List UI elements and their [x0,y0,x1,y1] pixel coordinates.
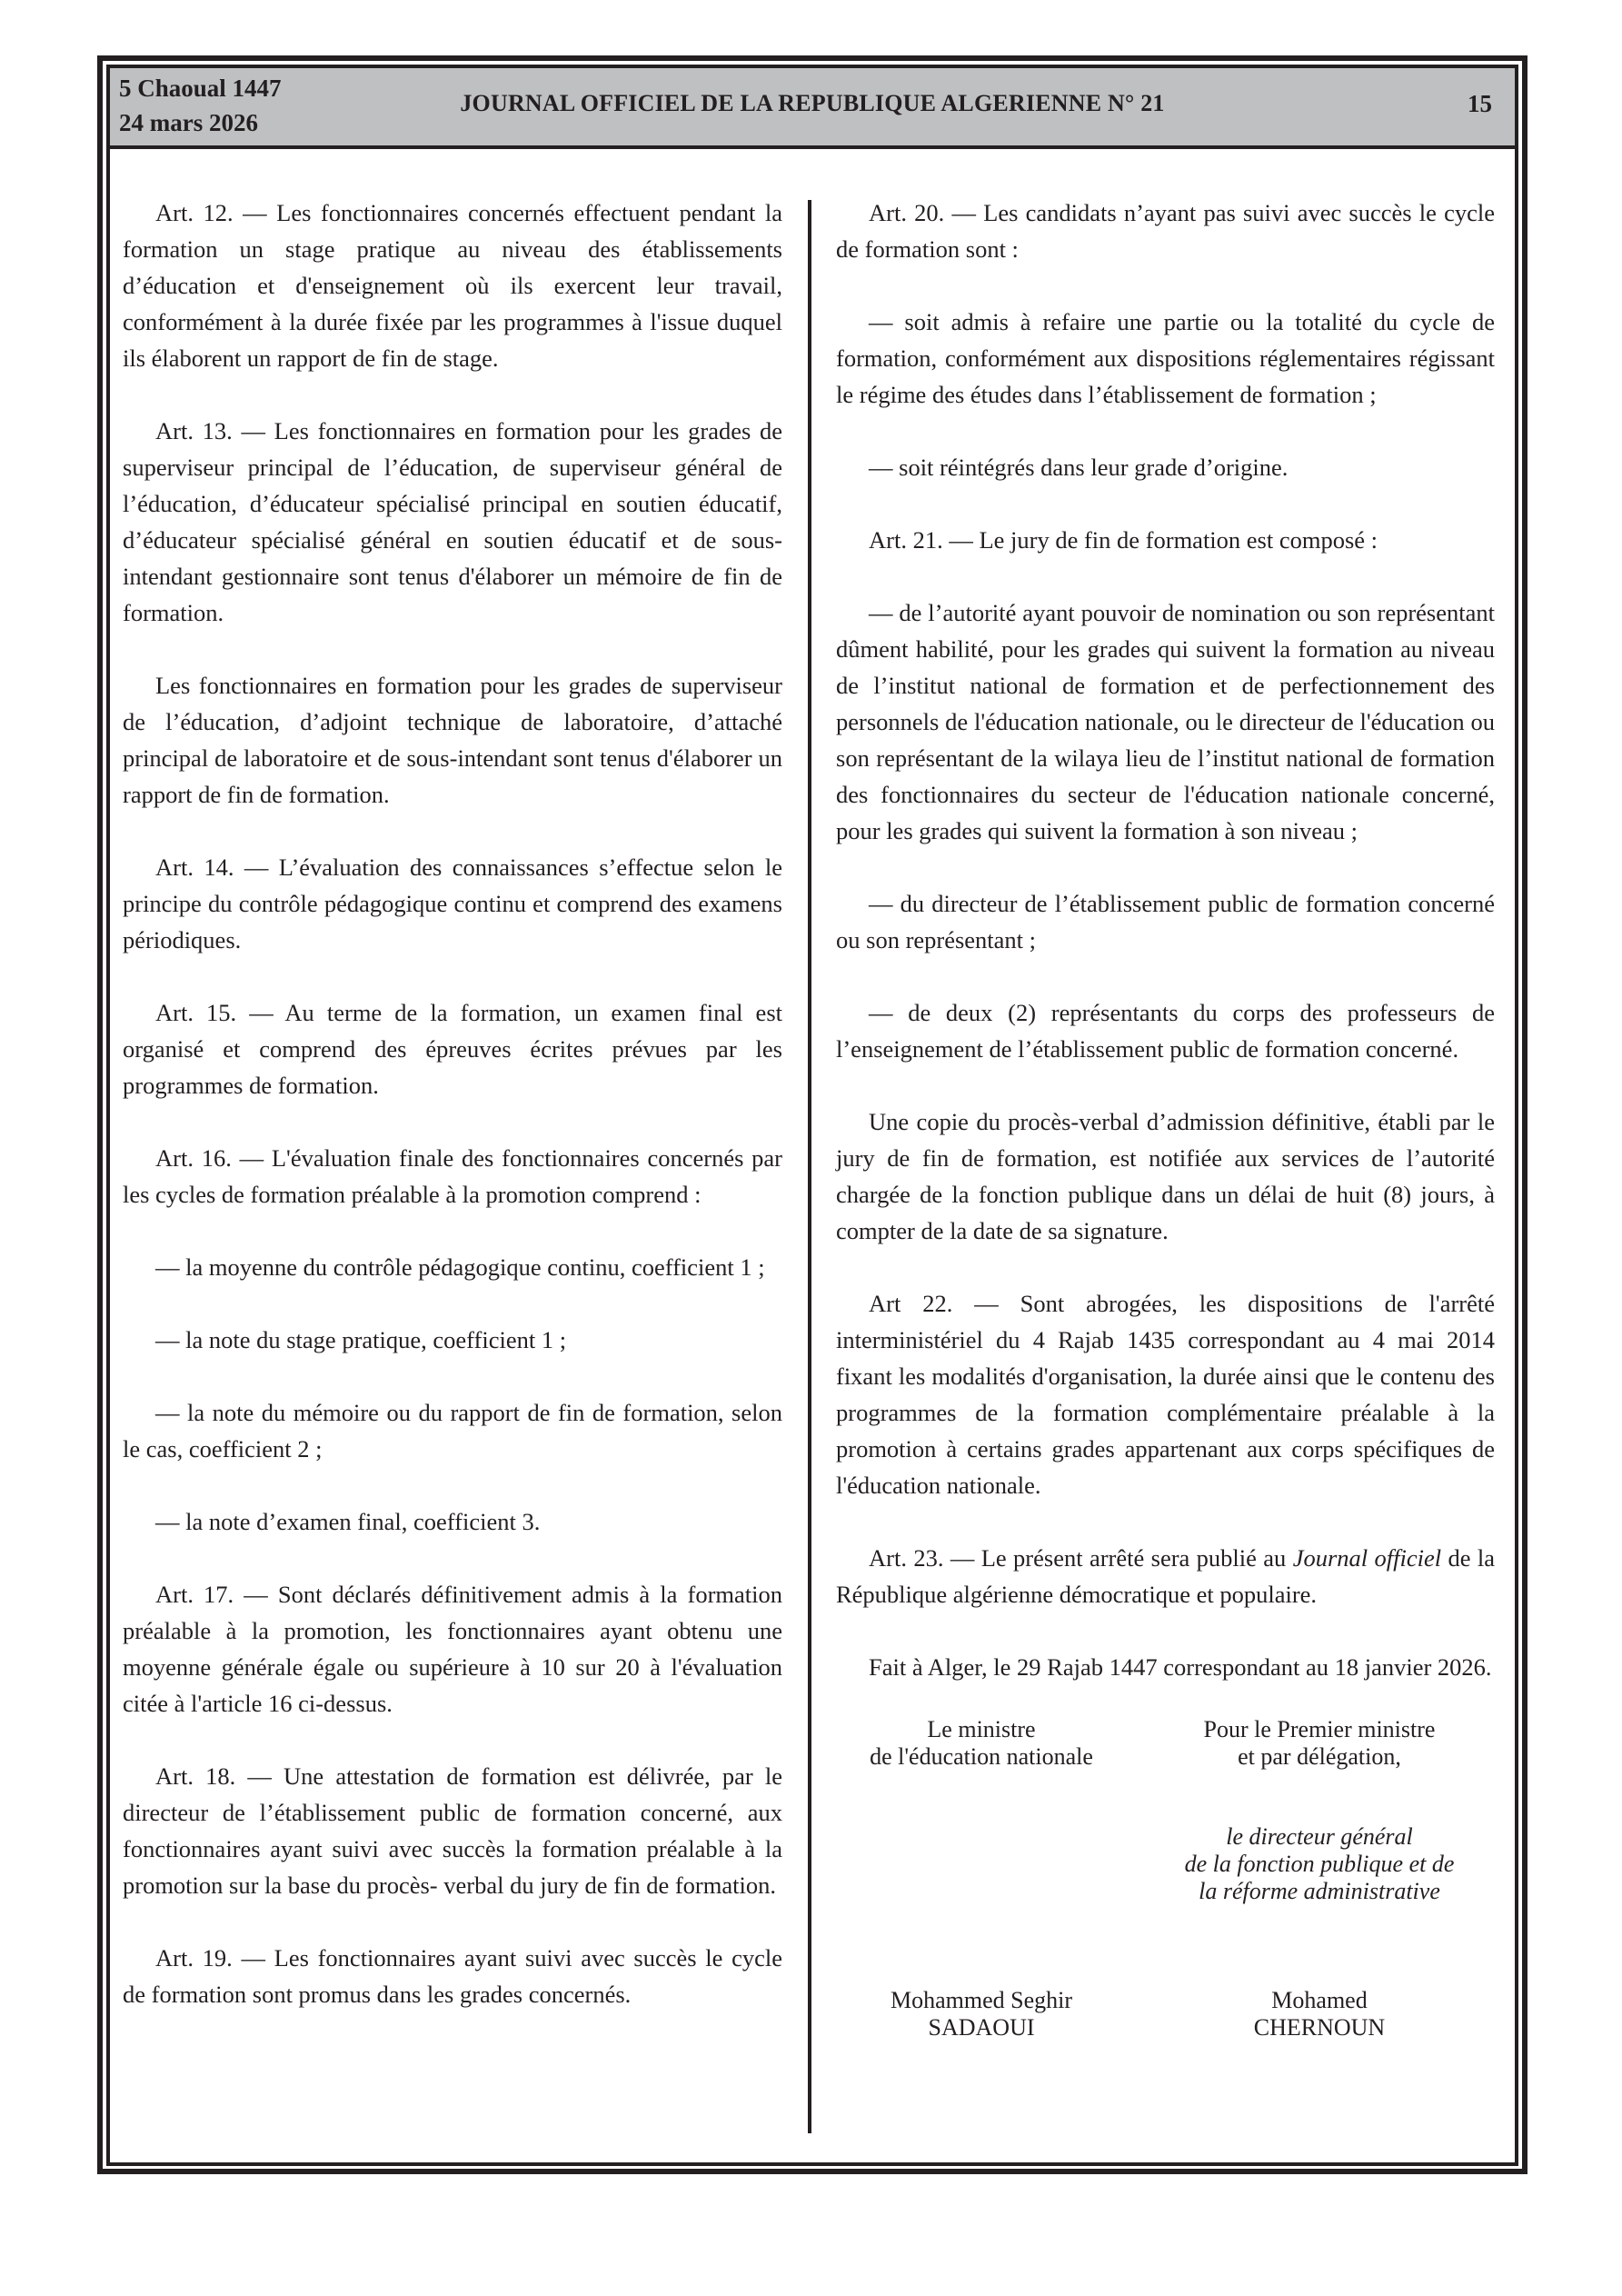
signature-minister: Le ministre de l'éducation nationale Moh… [836,1716,1127,2041]
article-21-item-1: — de l’autorité ayant pouvoir de nominat… [836,594,1495,849]
journal-title: JOURNAL OFFICIEL DE LA REPUBLIQUE ALGERI… [110,90,1515,117]
article-17: Art. 17. — Sont déclarés définitivement … [123,1576,782,1722]
signatory-first-name: Mohammed Seghir [836,1987,1127,2014]
left-column: Art. 12. — Les fonctionnaires concernés … [123,195,782,2049]
article-19: Art. 19. — Les fonctionnaires ayant suiv… [123,1940,782,2012]
article-16-item-4: — la note d’examen final, coefficient 3. [123,1503,782,1540]
article-16-item-2: — la note du stage pratique, coefficient… [123,1322,782,1358]
journal-header: 5 Chaoual 1447 24 mars 2026 JOURNAL OFFI… [110,68,1515,149]
article-16: Art. 16. — L'évaluation finale des fonct… [123,1140,782,1213]
column-divider [808,200,811,2133]
signatory-last-name: CHERNOUN [1151,2014,1488,2041]
article-13: Art. 13. — Les fonctionnaires en formati… [123,413,782,631]
article-15: Art. 15. — Au terme de la formation, un … [123,994,782,1103]
signature-delegate: Pour le Premier ministre et par délégati… [1151,1716,1488,2041]
right-column: Art. 20. — Les candidats n’ayant pas sui… [836,195,1495,2041]
article-20: Art. 20. — Les candidats n’ayant pas sui… [836,195,1495,267]
article-12: Art. 12. — Les fonctionnaires concernés … [123,195,782,376]
article-16-item-1: — la moyenne du contrôle pédagogique con… [123,1249,782,1285]
article-21-paragraph-2: Une copie du procès-verbal d’admission d… [836,1103,1495,1249]
signatory-last-name: SADAOUI [836,2014,1127,2041]
article-21-item-2: — du directeur de l’établissement public… [836,885,1495,958]
article-20-item-2: — soit réintégrés dans leur grade d’orig… [836,449,1495,485]
article-21: Art. 21. — Le jury de fin de formation e… [836,522,1495,558]
article-16-item-3: — la note du mémoire ou du rapport de fi… [123,1394,782,1467]
article-23: Art. 23. — Le présent arrêté sera publié… [836,1540,1495,1612]
article-14: Art. 14. — L’évaluation des connaissance… [123,849,782,958]
signatory-first-name: Mohamed [1151,1987,1488,2014]
article-18: Art. 18. — Une attestation de formation … [123,1758,782,1903]
article-22: Art 22. — Sont abrogées, les disposition… [836,1285,1495,1503]
page-number: 15 [1468,90,1492,118]
done-at-statement: Fait à Alger, le 29 Rajab 1447 correspon… [836,1649,1495,1685]
article-21-item-3: — de deux (2) représentants du corps des… [836,994,1495,1067]
journal-officiel-italic: Journal officiel [1293,1544,1441,1572]
article-13-paragraph-2: Les fonctionnaires en formation pour les… [123,667,782,813]
signature-block: Le ministre de l'éducation nationale Moh… [836,1716,1495,2041]
article-20-item-1: — soit admis à refaire une partie ou la … [836,304,1495,413]
